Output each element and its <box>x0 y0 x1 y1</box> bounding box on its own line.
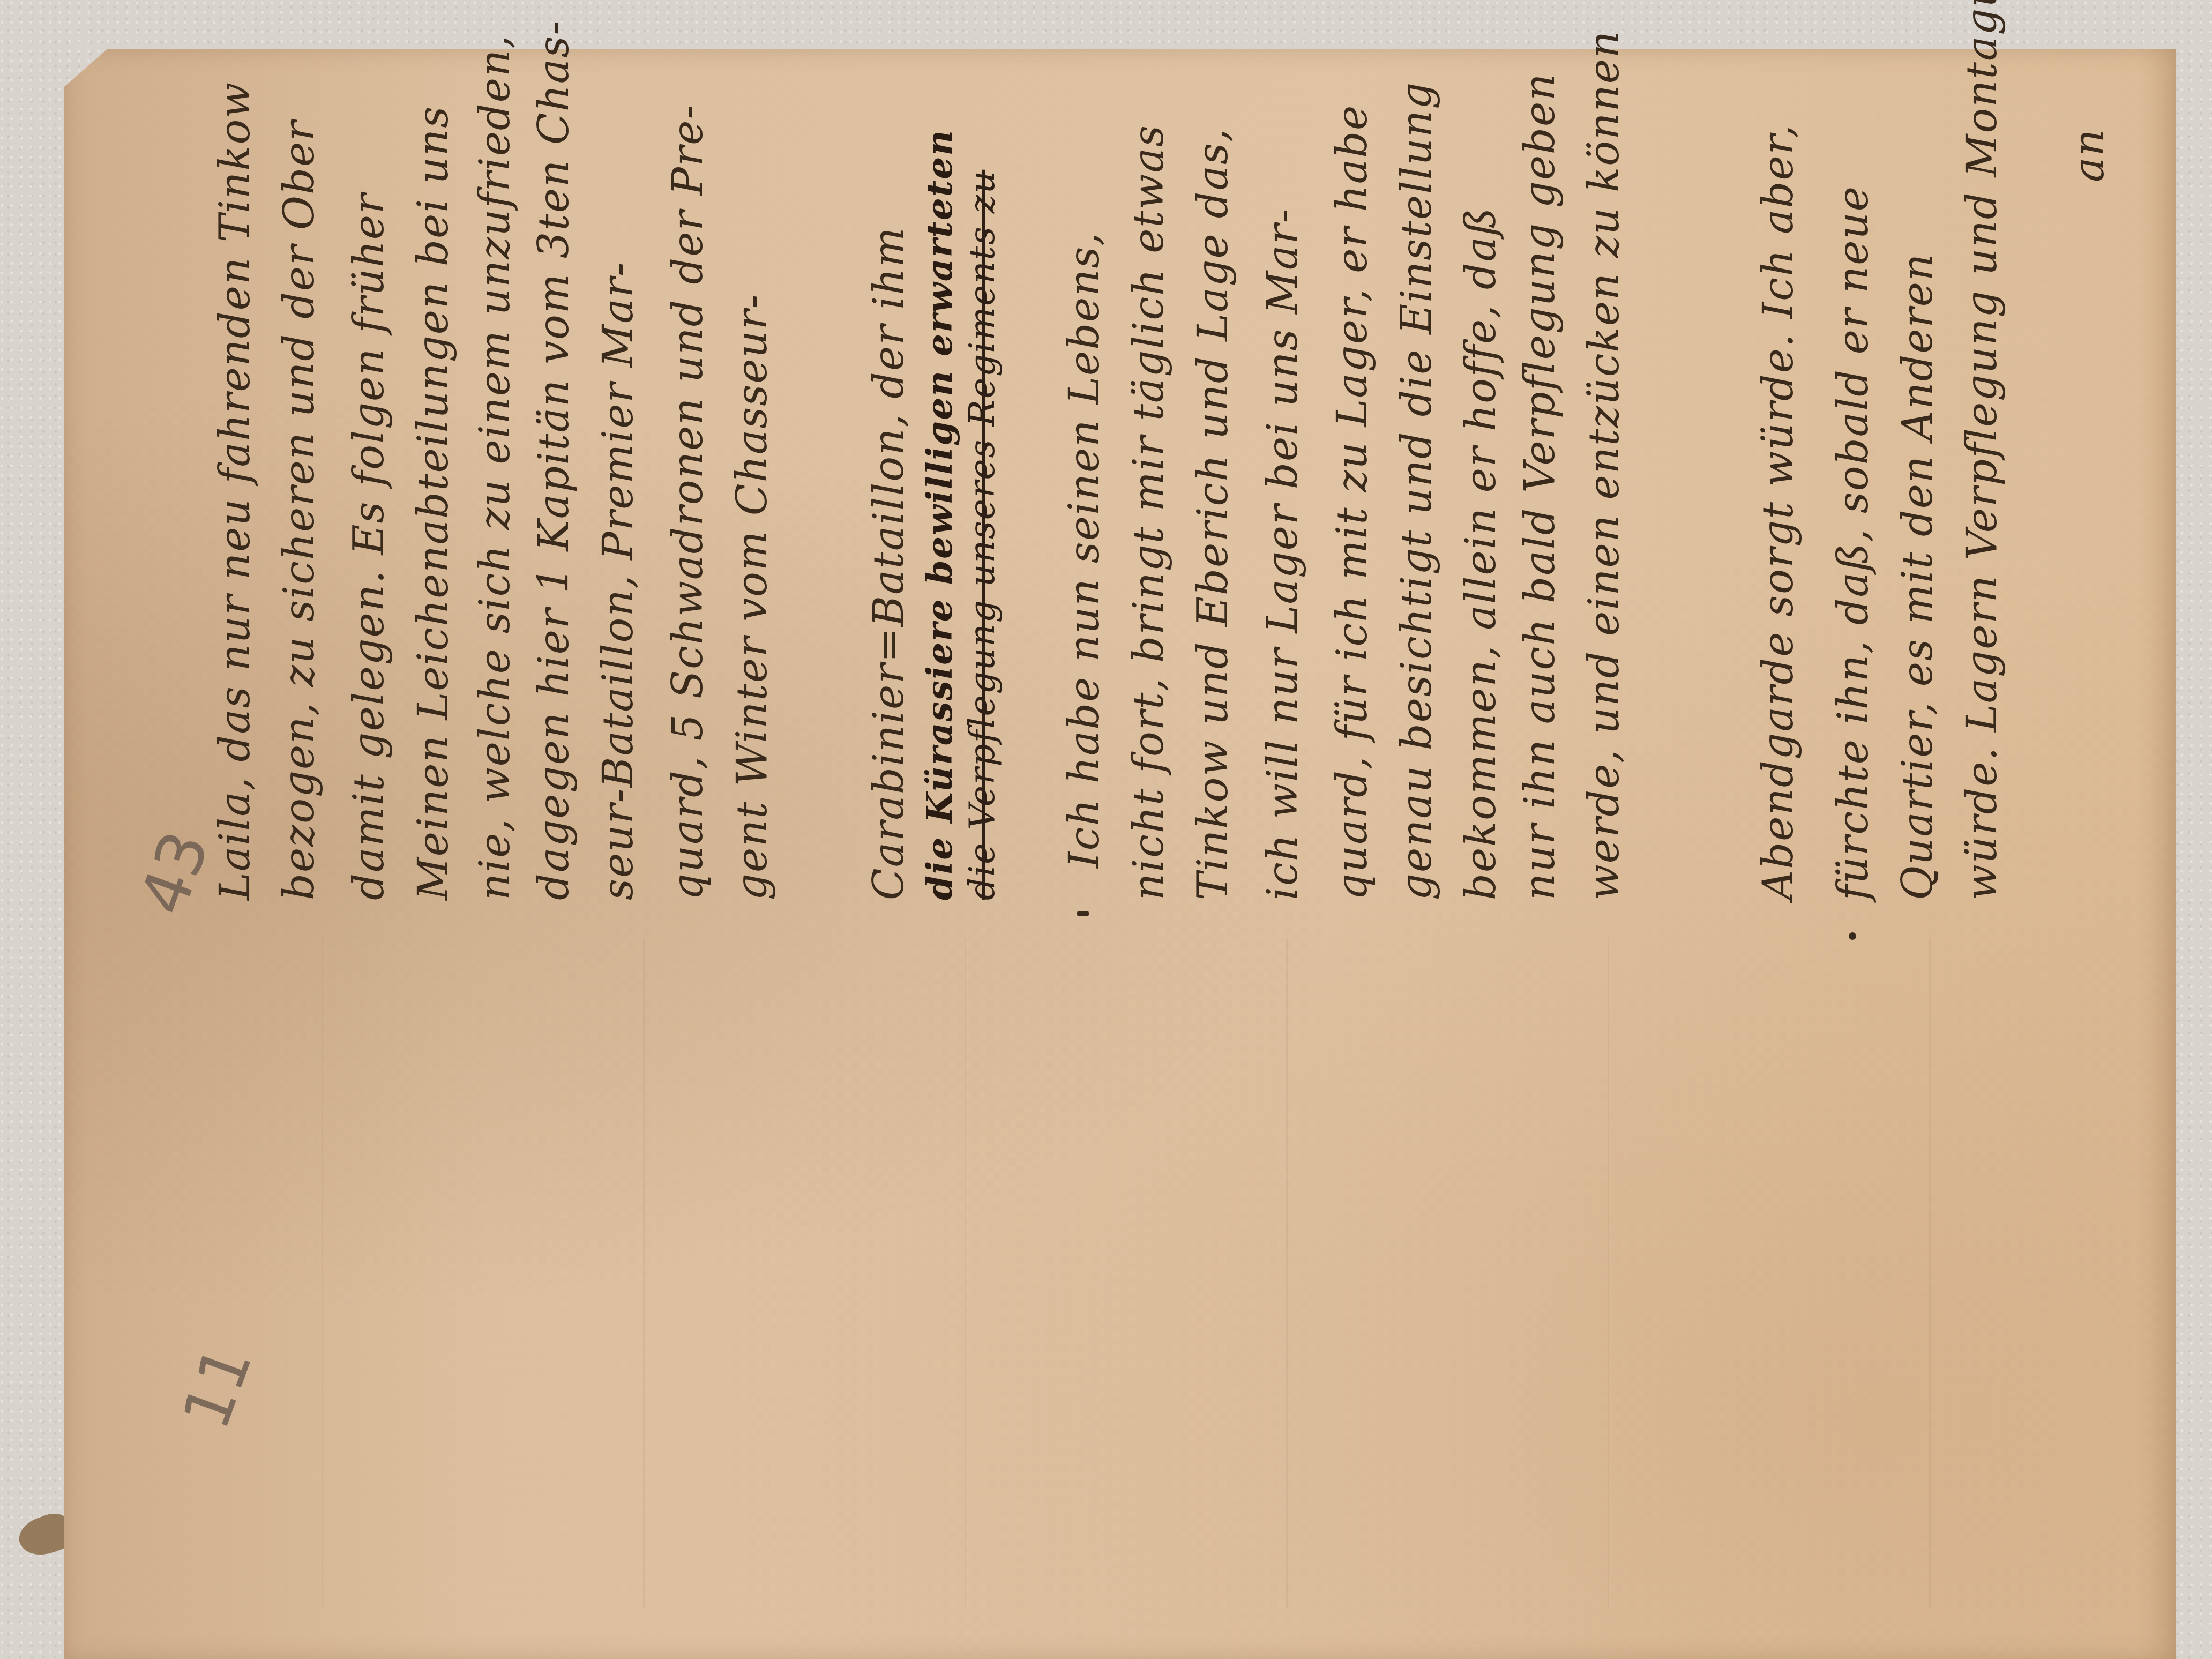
text-line: ich will nur Lager bei uns Mar- <box>1262 208 1304 900</box>
text-line: nicht fort, bringt mir täglich etwas <box>1128 124 1170 900</box>
text-line: genau besichtigt und die Einstellung <box>1396 81 1438 900</box>
handwritten-text-block: Laila, das nur neu fahrenden Tinkow bezo… <box>0 0 2212 1659</box>
text-line: bekommen, allein er hoffe, daß <box>1460 207 1502 900</box>
text-line: fürchte ihn, daß, sobald er neue <box>1833 185 1874 900</box>
text-line: nur ihn auch bald Verpflegung geben <box>1519 73 1561 900</box>
text-line: Laila, das nur neu fahrenden Tinkow <box>214 81 256 900</box>
ink-dot <box>1849 932 1856 940</box>
text-line: damit gelegen. Es folgen früher <box>348 193 390 900</box>
text-line: Abendgarde sorgt würde. Ich aber, <box>1758 124 1799 900</box>
text-line: Quartier, es mit den Anderen <box>1897 253 1939 900</box>
text-line-inserted: die Kürassiere bewilligen erwarteten <box>922 129 957 900</box>
text-line: seur-Bataillon, Premier Mar- <box>597 261 639 900</box>
text-line: würde. Lagern Verpflegung und Montague <box>1961 0 2003 900</box>
text-line-catchword: an <box>2068 128 2110 182</box>
text-line: bezogen, zu sicheren und der Ober <box>279 120 320 900</box>
ink-mark <box>1077 911 1089 916</box>
text-line: quard, für ich mit zu Lager, er habe <box>1332 104 1373 900</box>
text-line: Tinkow und Eberich und Lage das, <box>1192 128 1234 900</box>
text-line: nie, welche sich zu einem unzufrieden, <box>474 34 516 900</box>
text-line: Ich habe nun seinen Lebens, <box>1064 231 1105 868</box>
text-line: werde, und einen entzücken zu können <box>1583 30 1625 900</box>
text-line: quard, 5 Schwadronen und der Pre- <box>667 104 709 900</box>
text-line: Meinen Leichenabteilungen bei uns <box>413 106 454 900</box>
text-line: gent Winter vom Chasseur- <box>731 294 773 900</box>
text-line-struck: die Verpflegung unseres Regiments zu <box>965 170 1000 900</box>
text-line: Carabinier=Bataillon, der ihm <box>868 227 910 900</box>
text-line: dagegen hier 1 Kapitän vom 3ten Chas- <box>533 20 575 900</box>
